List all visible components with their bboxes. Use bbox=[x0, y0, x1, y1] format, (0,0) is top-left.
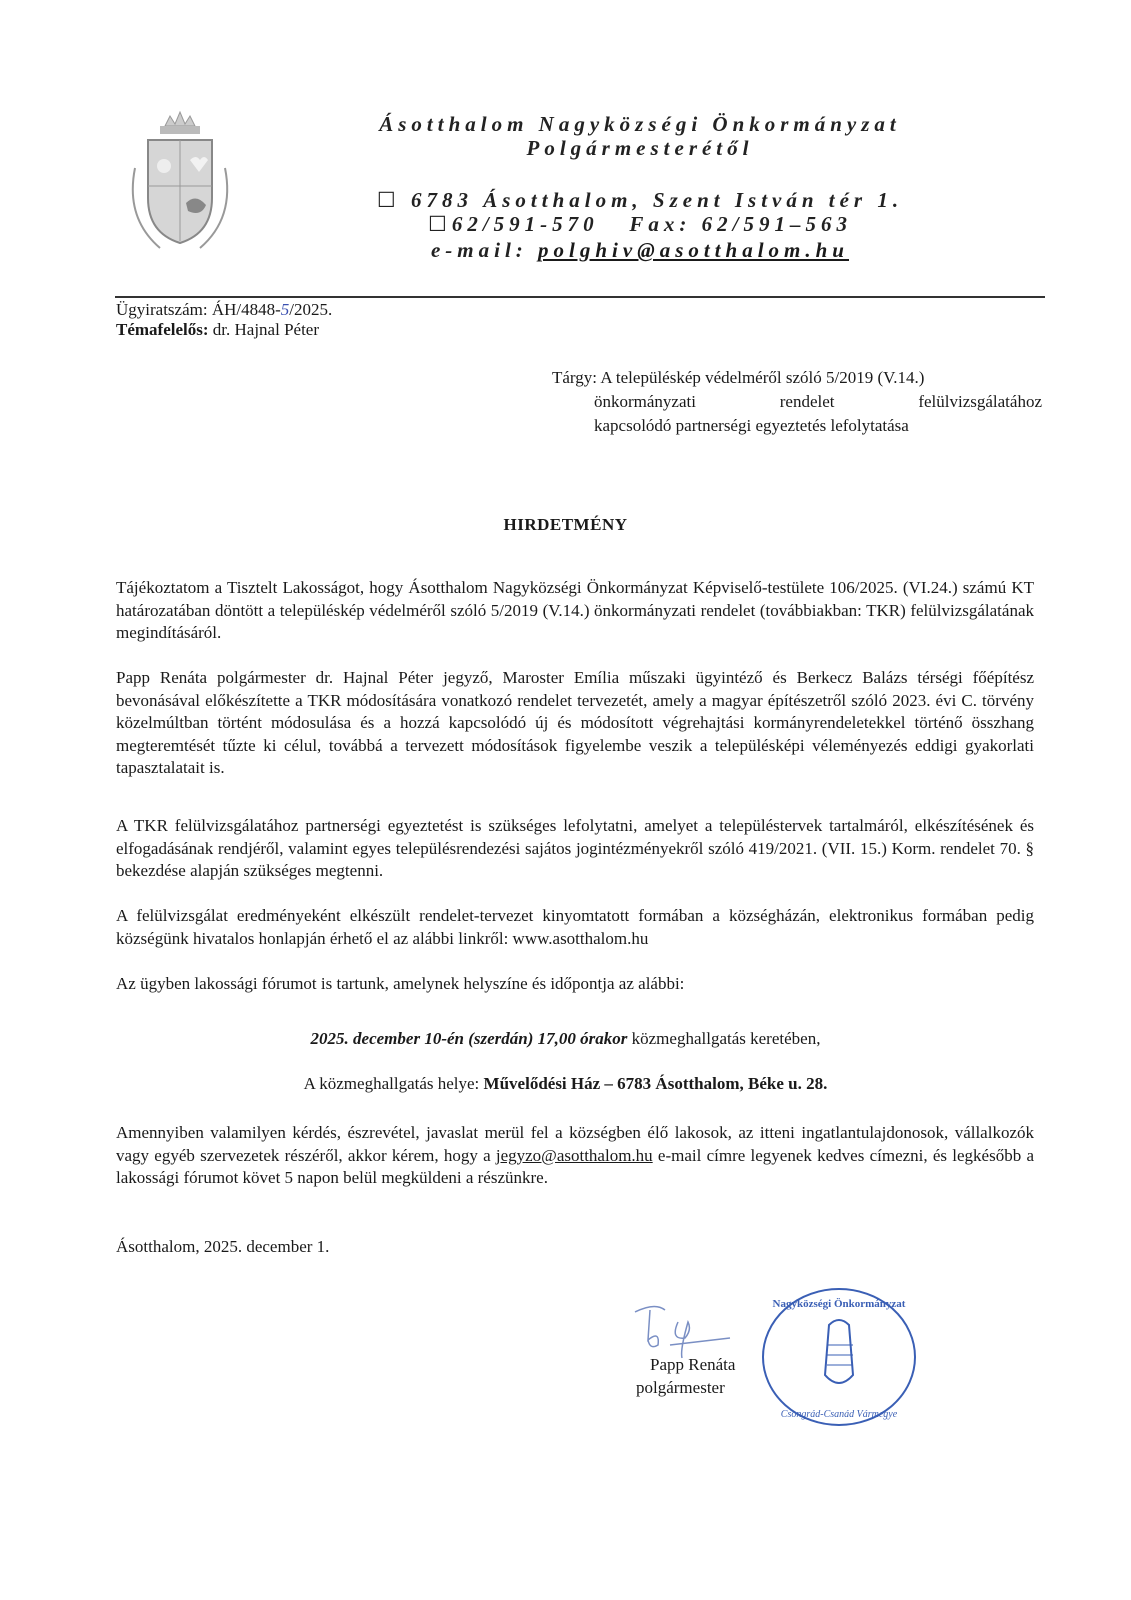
paragraph-5: Az ügyben lakossági fórumot is tartunk, … bbox=[116, 973, 1034, 996]
letterhead-address: ☐ 6783 Ásotthalom, Szent István tér 1. bbox=[300, 188, 980, 213]
signatory-role: polgármester bbox=[636, 1378, 725, 1398]
letterhead-email: e-mail: polghiv@asotthalom.hu bbox=[300, 238, 980, 263]
event-place: A közmeghallgatás helye: Művelődési Ház … bbox=[0, 1074, 1131, 1094]
letterhead-phone-fax: ☐62/591-570 Fax: 62/591–563 bbox=[300, 212, 980, 237]
svg-text:Csongrád-Csanád Vármegye: Csongrád-Csanád Vármegye bbox=[781, 1409, 898, 1420]
responsible-person: Témafelelős: dr. Hajnal Péter bbox=[116, 320, 319, 340]
signatory-name: Papp Renáta bbox=[650, 1355, 735, 1375]
paragraph-4: A felülvizsgálat eredményeként elkészült… bbox=[116, 905, 1034, 950]
paragraph-1: Tájékoztatom a Tisztelt Lakosságot, hogy… bbox=[116, 577, 1034, 645]
header-divider bbox=[115, 296, 1045, 298]
subject-block: Tárgy: A településkép védelméről szóló 5… bbox=[552, 366, 1042, 438]
paragraph-2: Papp Renáta polgármester dr. Hajnal Péte… bbox=[116, 667, 1034, 780]
coat-of-arms-icon bbox=[120, 108, 240, 258]
official-stamp-icon: Nagyközségi Önkormányzat Csongrád-Csanád… bbox=[757, 1285, 922, 1430]
org-email-link[interactable]: polghiv@asotthalom.hu bbox=[538, 238, 849, 262]
org-subtitle: Polgármesterétől bbox=[300, 136, 980, 161]
phone-box-icon: ☐ bbox=[428, 212, 452, 236]
paragraph-3: A TKR felülvizsgálatához partnerségi egy… bbox=[116, 815, 1034, 883]
document-title: HIRDETMÉNY bbox=[0, 515, 1131, 535]
case-number: Ügyiratszám: ÁH/4848-5/2025. bbox=[116, 300, 332, 320]
closing-paragraph: Amennyiben valamilyen kérdés, észrevétel… bbox=[116, 1122, 1034, 1190]
address-box-icon: ☐ bbox=[377, 188, 401, 212]
svg-text:Nagyközségi Önkormányzat: Nagyközségi Önkormányzat bbox=[773, 1297, 906, 1310]
place-date: Ásotthalom, 2025. december 1. bbox=[116, 1237, 329, 1257]
event-datetime: 2025. december 10-én (szerdán) 17,00 óra… bbox=[0, 1029, 1131, 1049]
signature-icon bbox=[630, 1300, 740, 1360]
org-name: Ásotthalom Nagyközségi Önkormányzat bbox=[300, 112, 980, 137]
notary-email-link[interactable]: jegyzo@asotthalom.hu bbox=[496, 1146, 653, 1165]
